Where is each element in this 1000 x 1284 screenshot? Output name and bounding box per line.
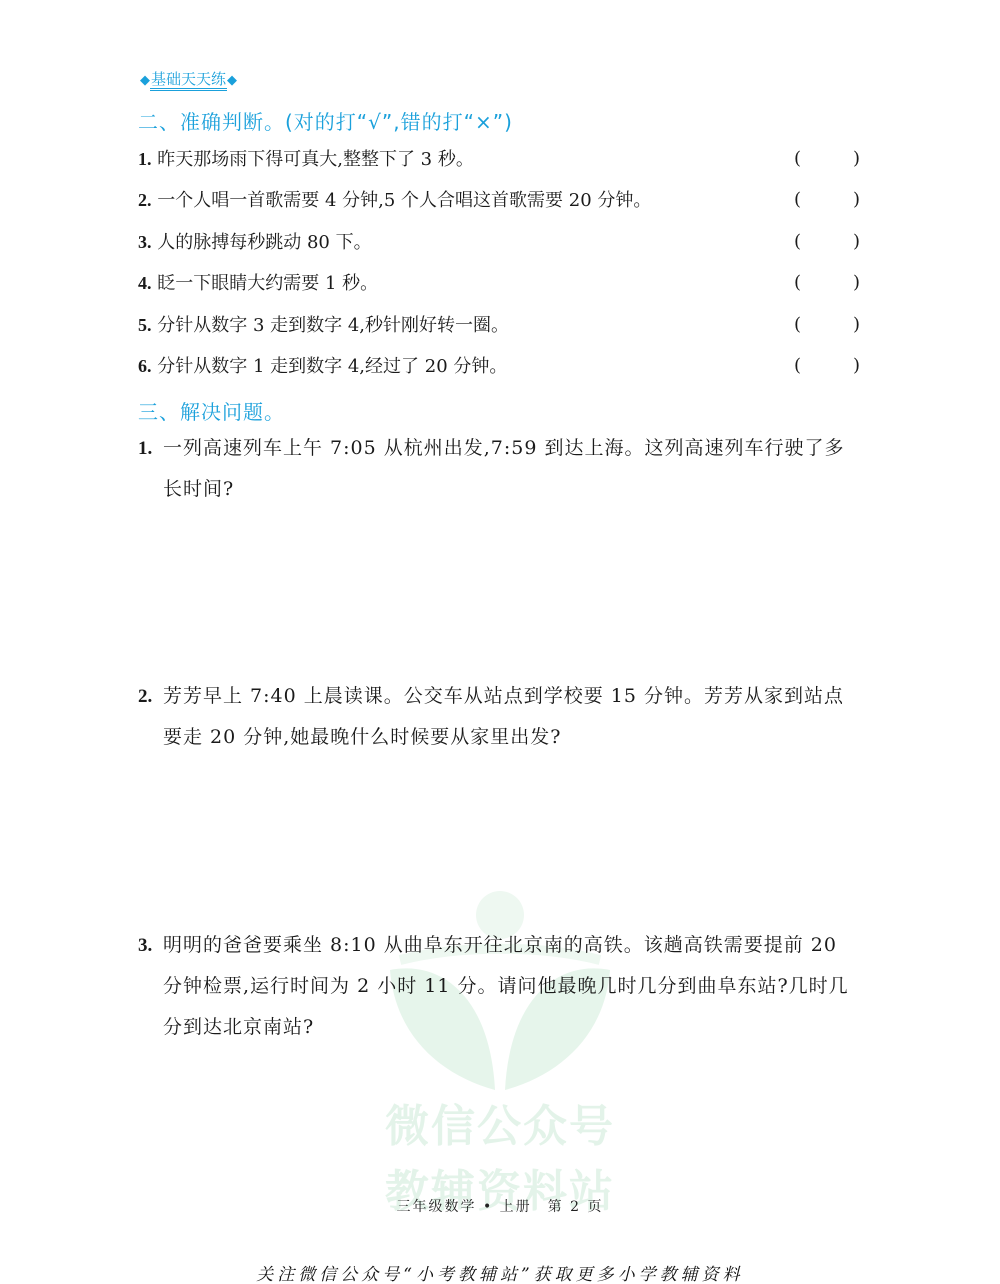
problem-text: 芳芳早上 7:40 上晨读课。公交车从站点到学校要 15 分钟。芳芳从家到站点要… [163, 685, 844, 748]
word-problem: 1. 一列高速列车上午 7:05 从杭州出发,7:59 到达上海。这列高速列车行… [138, 428, 860, 510]
worksheet-page: 微信公众号 教辅资料站 ◆ 基础天天练 ◆ 二、准确判断。(对的打“√”,错的打… [0, 0, 1000, 1284]
item-number: 1. [138, 149, 152, 169]
watermark-line1: 微信公众号 [370, 1090, 630, 1154]
item-text: 人的脉搏每秒跳动 80 下。 [157, 232, 371, 253]
section-tag: ◆ 基础天天练 ◆ [140, 70, 237, 91]
judgement-item: 4. 眨一下眼睛大约需要 1 秒。 () [138, 271, 860, 296]
judgement-item: 6. 分针从数字 1 走到数字 4,经过了 20 分钟。 () [138, 354, 860, 379]
item-number: 2. [138, 190, 152, 210]
judgement-item: 3. 人的脉搏每秒跳动 80 下。 () [138, 230, 860, 255]
page-footer: 三年级数学 • 上册 第 2 页 [0, 1196, 1000, 1216]
item-number: 3. [138, 232, 152, 252]
item-text: 分针从数字 3 走到数字 4,秒针刚好转一圈。 [157, 315, 509, 336]
promo-banner: 关注微信公众号“小考教辅站”获取更多小学教辅资料 [0, 1260, 1000, 1284]
answer-blank[interactable]: () [794, 271, 860, 295]
item-text: 昨天那场雨下得可真大,整整下了 3 秒。 [157, 149, 474, 170]
item-text: 分针从数字 1 走到数字 4,经过了 20 分钟。 [157, 356, 507, 377]
item-number: 6. [138, 356, 152, 376]
problem-number: 1. [138, 428, 152, 469]
problem-number: 2. [138, 676, 152, 717]
diamond-icon: ◆ [140, 73, 150, 88]
problem-text: 明明的爸爸要乘坐 8:10 从曲阜东开往北京南的高铁。该趟高铁需要提前 20 分… [163, 934, 849, 1038]
item-text: 一个人唱一首歌需要 4 分钟,5 个人合唱这首歌需要 20 分钟。 [157, 190, 651, 211]
answer-blank[interactable]: () [794, 147, 860, 171]
tag-label: 基础天天练 [150, 70, 227, 91]
item-number: 5. [138, 315, 152, 335]
judgement-item: 1. 昨天那场雨下得可真大,整整下了 3 秒。 () [138, 147, 860, 172]
item-number: 4. [138, 273, 152, 293]
judgement-item: 2. 一个人唱一首歌需要 4 分钟,5 个人合唱这首歌需要 20 分钟。 () [138, 188, 860, 213]
answer-blank[interactable]: () [794, 313, 860, 337]
section-title-judgement: 二、准确判断。(对的打“√”,错的打“×”) [138, 106, 513, 135]
section-title-problems: 三、解决问题。 [138, 396, 285, 425]
word-problem: 2. 芳芳早上 7:40 上晨读课。公交车从站点到学校要 15 分钟。芳芳从家到… [138, 676, 860, 758]
problem-text: 一列高速列车上午 7:05 从杭州出发,7:59 到达上海。这列高速列车行驶了多… [163, 437, 845, 500]
answer-blank[interactable]: () [794, 354, 860, 378]
judgement-item: 5. 分针从数字 3 走到数字 4,秒针刚好转一圈。 () [138, 313, 860, 338]
item-text: 眨一下眼睛大约需要 1 秒。 [157, 273, 378, 294]
answer-blank[interactable]: () [794, 188, 860, 212]
answer-blank[interactable]: () [794, 230, 860, 254]
problem-number: 3. [138, 925, 152, 966]
word-problem: 3. 明明的爸爸要乘坐 8:10 从曲阜东开往北京南的高铁。该趟高铁需要提前 2… [138, 925, 860, 1048]
diamond-icon: ◆ [227, 73, 237, 88]
